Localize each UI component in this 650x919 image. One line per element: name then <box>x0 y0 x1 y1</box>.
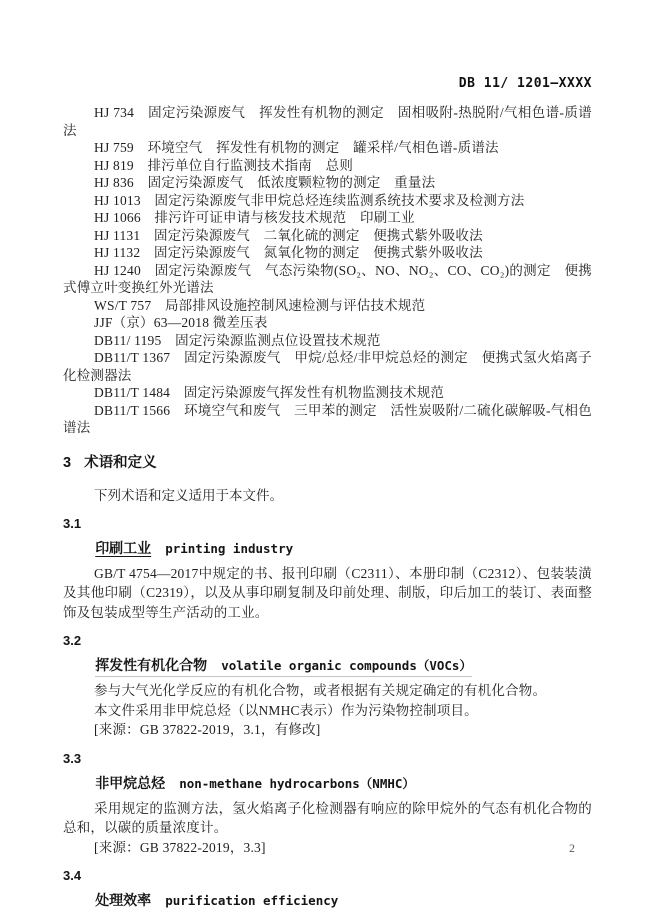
term-heading: 处理效率purification efficiency <box>63 891 592 911</box>
term-heading: 挥发性有机化合物volatile organic compounds（VOCs） <box>63 656 592 676</box>
term-entry-3-2: 3.2 挥发性有机化合物volatile organic compounds（V… <box>63 631 592 740</box>
term-en: non-methane hydrocarbons（NMHC） <box>179 776 415 791</box>
term-en: purification efficiency <box>165 893 338 908</box>
normative-references-list: HJ 734 固定污染源废气 挥发性有机物的测定 固相吸附-热脱附/气相色谱-质… <box>63 104 592 437</box>
term-zh: 非甲烷总烃 <box>95 775 165 791</box>
term-heading: 非甲烷总烃non-methane hydrocarbons（NMHC） <box>63 774 592 794</box>
source-note: [来源：GB 37822-2019，3.1，有修改] <box>63 720 592 740</box>
term-en: printing industry <box>165 541 293 556</box>
term-en: volatile organic compounds（VOCs） <box>221 658 472 673</box>
term-entry-3-3: 3.3 非甲烷总烃non-methane hydrocarbons（NMHC） … <box>63 749 592 858</box>
document-code: DB 11/ 1201—XXXX <box>459 76 592 91</box>
clause-title: 术语和定义 <box>84 455 157 471</box>
reference-item: WS/T 757 局部排风设施控制风速检测与评估技术规范 <box>63 297 592 315</box>
reference-item: HJ 1240 固定污染源废气 气态污染物(SO₂、NO、NO₂、CO、CO₂)… <box>63 262 592 297</box>
term-definition: 采用规定的监测方法，氢火焰离子化检测器有响应的除甲烷外的气态有机化合物的总和，以… <box>63 799 592 838</box>
term-heading: 印刷工业printing industry <box>63 539 592 559</box>
reference-item: HJ 819 排污单位自行监测技术指南 总则 <box>63 157 592 175</box>
reference-item: HJ 1066 排污许可证申请与核发技术规范 印刷工业 <box>63 209 592 227</box>
reference-item: DB11/T 1367 固定污染源废气 甲烷/总烃/非甲烷总烃的测定 便携式氢火… <box>63 349 592 384</box>
term-definition: 参与大气光化学反应的有机化合物，或者根据有关规定确定的有机化合物。 <box>63 681 592 701</box>
term-zh: 挥发性有机化合物 <box>95 657 207 673</box>
clause-number: 3 <box>63 455 71 471</box>
term-number: 3.2 <box>63 631 592 650</box>
reference-item: HJ 1131 固定污染源废气 二氧化硫的测定 便携式紫外吸收法 <box>63 227 592 245</box>
page-header: DB 11/ 1201—XXXX <box>459 74 592 92</box>
reference-item: DB11/T 1484 固定污染源废气挥发性有机物监测技术规范 <box>63 384 592 402</box>
page-number: 2 <box>569 841 575 856</box>
page-content: HJ 734 固定污染源废气 挥发性有机物的测定 固相吸附-热脱附/气相色谱-质… <box>63 104 592 916</box>
reference-item: HJ 1013 固定污染源废气非甲烷总烃连续监测系统技术要求及检测方法 <box>63 192 592 210</box>
term-number: 3.4 <box>63 866 592 885</box>
reference-item: HJ 1132 固定污染源废气 氮氧化物的测定 便携式紫外吸收法 <box>63 244 592 262</box>
term-number: 3.1 <box>63 514 592 533</box>
term-definition: 本文件采用非甲烷总烃（以NMHC表示）作为污染物控制项目。 <box>63 701 592 721</box>
term-entry-3-4: 3.4 处理效率purification efficiency <box>63 866 592 911</box>
reference-item: HJ 836 固定污染源废气 低浓度颗粒物的测定 重量法 <box>63 174 592 192</box>
reference-item: DB11/T 1566 环境空气和废气 三甲苯的测定 活性炭吸附/二硫化碳解吸-… <box>63 402 592 437</box>
reference-item: JJF（京）63—2018 微差压表 <box>63 314 592 332</box>
clause-3-heading: 3术语和定义 <box>63 453 592 473</box>
term-zh: 印刷工业 <box>95 540 151 556</box>
document-page: DB 11/ 1201—XXXX HJ 734 固定污染源废气 挥发性有机物的测… <box>0 0 650 919</box>
term-number: 3.3 <box>63 749 592 768</box>
term-zh: 处理效率 <box>95 892 151 908</box>
source-note: [来源：GB 37822-2019，3.3] <box>63 838 592 858</box>
term-entry-3-1: 3.1 印刷工业printing industry GB/T 4754—2017… <box>63 514 592 623</box>
term-definition: GB/T 4754—2017中规定的书、报刊印刷（C2311）、本册印制（C23… <box>63 564 592 623</box>
reference-item: HJ 759 环境空气 挥发性有机物的测定 罐采样/气相色谱-质谱法 <box>63 139 592 157</box>
reference-item: HJ 734 固定污染源废气 挥发性有机物的测定 固相吸附-热脱附/气相色谱-质… <box>63 104 592 139</box>
reference-item: DB11/ 1195 固定污染源监测点位设置技术规范 <box>63 332 592 350</box>
clause-intro: 下列术语和定义适用于本文件。 <box>63 486 592 505</box>
